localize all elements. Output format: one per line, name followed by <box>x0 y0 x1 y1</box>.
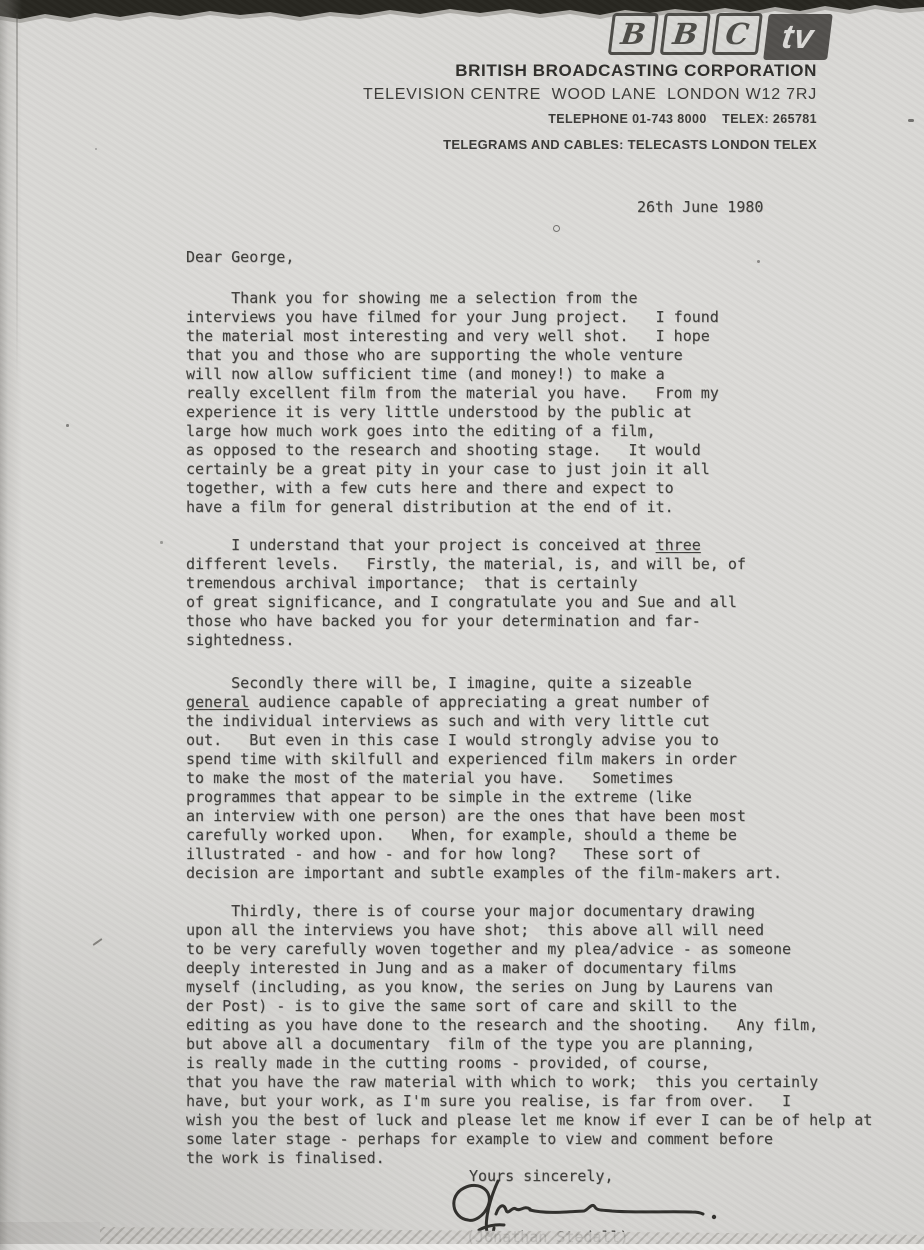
typed-line: interviews you have filmed for your Jung… <box>186 308 910 327</box>
typed-line: out. But even in this case I would stron… <box>186 731 910 750</box>
typed-line: general audience capable of appreciating… <box>186 693 910 712</box>
typed-line: to make the most of the material you hav… <box>186 769 910 788</box>
typed-line: to be very carefully woven together and … <box>186 940 910 959</box>
pencil-mark <box>92 938 102 946</box>
typed-line: large how much work goes into the editin… <box>186 422 910 441</box>
typed-line: have, but your work, as I'm sure you rea… <box>186 1092 910 1111</box>
paragraph: Secondly there will be, I imagine, quite… <box>186 674 910 883</box>
typed-line: different levels. Firstly, the material,… <box>186 555 910 574</box>
typed-line: will now allow sufficient time (and mone… <box>186 365 910 384</box>
bbc-tv-logo: B B C tv <box>607 13 833 60</box>
typed-line: Thirdly, there is of course your major d… <box>186 902 910 921</box>
scan-speck <box>66 424 69 427</box>
letter-greeting: Dear George, <box>186 248 294 266</box>
bbc-logo-letter-box: B <box>608 13 659 55</box>
typed-line: certainly be a great pity in your case t… <box>186 460 910 479</box>
page-left-edge <box>0 0 22 1250</box>
logo-tv-text: tv <box>779 18 816 57</box>
typed-line: decision are important and subtle exampl… <box>186 864 910 883</box>
typed-line: really excellent film from the material … <box>186 384 910 403</box>
typed-line: the work is finalised. <box>186 1149 910 1168</box>
paragraph: Thirdly, there is of course your major d… <box>186 902 910 1168</box>
typed-line: as opposed to the research and shooting … <box>186 441 910 460</box>
letterhead-telegrams: TELEGRAMS AND CABLES: TELECASTS LONDON T… <box>443 137 817 152</box>
typed-line: those who have backed you for your deter… <box>186 612 910 631</box>
scanned-letter-page: B B C tv BRITISH BROADCASTING CORPORATIO… <box>0 0 924 1250</box>
typed-line: deeply interested in Jung and as a maker… <box>186 959 910 978</box>
scan-speck <box>160 541 163 544</box>
typed-line: the material most interesting and very w… <box>186 327 910 346</box>
letterhead-telephone: TELEPHONE 01-743 8000 TELEX: 265781 <box>548 112 817 126</box>
bottom-light-strip <box>0 1244 924 1250</box>
typed-line: myself (including, as you know, the seri… <box>186 978 910 997</box>
bbc-logo-letter-box: C <box>712 13 763 55</box>
typed-line: is really made in the cutting rooms - pr… <box>186 1054 910 1073</box>
bbc-logo-letter-box: B <box>660 13 711 55</box>
paragraph: I understand that your project is concei… <box>186 536 910 650</box>
typed-line: programmes that appear to be simple in t… <box>186 788 910 807</box>
typed-line: experience it is very little understood … <box>186 403 910 422</box>
scan-speck <box>95 148 97 150</box>
typed-line: wish you the best of luck and please let… <box>186 1111 910 1130</box>
logo-letter: B <box>671 17 700 51</box>
bbc-tv-box: tv <box>763 14 833 60</box>
signer-name: (Jonathan Stedall) <box>466 1228 629 1246</box>
typed-line: but above all a documentary film of the … <box>186 1035 910 1054</box>
typed-line: that you and those who are supporting th… <box>186 346 910 365</box>
typed-line: carefully worked upon. When, for example… <box>186 826 910 845</box>
typed-line: editing as you have done to the research… <box>186 1016 910 1035</box>
letter-body: Thank you for showing me a selection fro… <box>186 289 910 1168</box>
typed-line: have a film for general distribution at … <box>186 498 910 517</box>
scan-speck <box>908 119 914 122</box>
logo-letter: C <box>724 17 751 51</box>
typed-line: I understand that your project is concei… <box>186 536 910 555</box>
typed-line: together, with a few cuts here and there… <box>186 479 910 498</box>
scan-speck <box>553 225 560 232</box>
typed-line: spend time with skilfull and experienced… <box>186 750 910 769</box>
typed-line: Thank you for showing me a selection fro… <box>186 289 910 308</box>
letterhead-organisation: BRITISH BROADCASTING CORPORATION <box>455 61 817 81</box>
typed-line: the individual interviews as such and wi… <box>186 712 910 731</box>
letterhead-address: TELEVISION CENTRE WOOD LANE LONDON W12 7… <box>363 86 817 104</box>
typed-line: illustrated - and how - and for how long… <box>186 845 910 864</box>
letter-date: 26th June 1980 <box>637 198 763 216</box>
typed-line: der Post) - is to give the same sort of … <box>186 997 910 1016</box>
typed-line: that you have the raw material with whic… <box>186 1073 910 1092</box>
scan-speck <box>757 260 760 263</box>
typed-line: upon all the interviews you have shot; t… <box>186 921 910 940</box>
page-fold-line <box>16 14 18 384</box>
typed-line: some later stage - perhaps for example t… <box>186 1130 910 1149</box>
typed-line: of great significance, and I congratulat… <box>186 593 910 612</box>
typed-line: sightedness. <box>186 631 910 650</box>
logo-letter: B <box>619 17 648 51</box>
bottom-left-shadow <box>0 1222 100 1248</box>
typed-line: Secondly there will be, I imagine, quite… <box>186 674 910 693</box>
paragraph: Thank you for showing me a selection fro… <box>186 289 910 517</box>
typed-line: an interview with one person) are the on… <box>186 807 910 826</box>
typed-line: tremendous archival importance; that is … <box>186 574 910 593</box>
